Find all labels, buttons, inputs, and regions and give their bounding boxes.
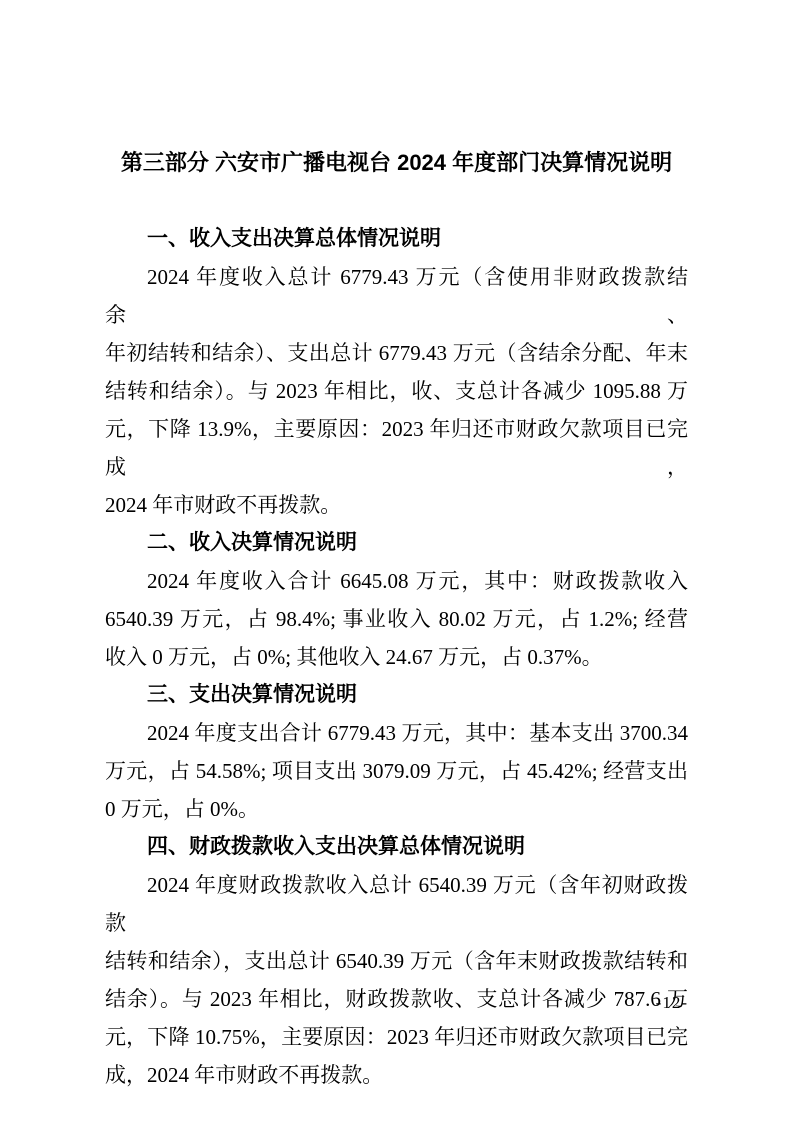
- document-section: 一、收入支出决算总体情况说明 2024 年度收入总计 6779.43 万元（含使…: [105, 220, 688, 524]
- text-line: 6540.39 万元，占 98.4%; 事业收入 80.02 万元，占 1.2%…: [105, 600, 688, 638]
- text-line: 万元，占 54.58%; 项目支出 3079.09 万元，占 45.42%; 经…: [105, 752, 688, 790]
- text-line: 结余）。与 2023 年相比，财政拨款收、支总计各减少 787.6 万: [105, 980, 688, 1018]
- document-section: 四、财政拨款收入支出决算总体情况说明 2024 年度财政拨款收入总计 6540.…: [105, 828, 688, 1094]
- document-content: 第三部分 六安市广播电视台 2024 年度部门决算情况说明 一、收入支出决算总体…: [105, 144, 688, 1094]
- section-heading: 一、收入支出决算总体情况说明: [105, 220, 688, 258]
- text-line: 收入 0 万元，占 0%; 其他收入 24.67 万元，占 0.37%。: [105, 638, 688, 676]
- title-spacer: [105, 182, 688, 220]
- text-line: 元，下降 13.9%，主要原因：2023 年归还市财政欠款项目已完成，: [105, 410, 688, 486]
- section-heading: 四、财政拨款收入支出决算总体情况说明: [105, 828, 688, 866]
- text-line: 成，2024 年市财政不再拨款。: [105, 1056, 688, 1094]
- section-paragraph: 2024 年度财政拨款收入总计 6540.39 万元（含年初财政拨款结转和结余）…: [105, 866, 688, 1094]
- text-line: 元，下降 10.75%，主要原因：2023 年归还市财政欠款项目已完: [105, 1018, 688, 1056]
- section-paragraph: 2024 年度支出合计 6779.43 万元，其中：基本支出 3700.34万元…: [105, 714, 688, 828]
- text-line: 2024 年度收入总计 6779.43 万元（含使用非财政拨款结余、: [105, 258, 688, 334]
- text-line: 2024 年市财政不再拨款。: [105, 486, 688, 524]
- text-line: 0 万元，占 0%。: [105, 790, 688, 828]
- document-section: 三、支出决算情况说明 2024 年度支出合计 6779.43 万元，其中：基本支…: [105, 676, 688, 828]
- section-heading: 三、支出决算情况说明: [105, 676, 688, 714]
- text-line: 2024 年度收入合计 6645.08 万元，其中：财政拨款收入: [105, 562, 688, 600]
- document-page: 第三部分 六安市广播电视台 2024 年度部门决算情况说明 一、收入支出决算总体…: [0, 0, 793, 1122]
- section-heading: 二、收入决算情况说明: [105, 524, 688, 562]
- section-paragraph: 2024 年度收入总计 6779.43 万元（含使用非财政拨款结余、年初结转和结…: [105, 258, 688, 524]
- sections-container: 一、收入支出决算总体情况说明 2024 年度收入总计 6779.43 万元（含使…: [105, 220, 688, 1094]
- document-title: 第三部分 六安市广播电视台 2024 年度部门决算情况说明: [105, 144, 688, 182]
- text-line: 结转和结余）。与 2023 年相比，收、支总计各减少 1095.88 万: [105, 372, 688, 410]
- text-line: 2024 年度财政拨款收入总计 6540.39 万元（含年初财政拨款: [105, 866, 688, 942]
- section-paragraph: 2024 年度收入合计 6645.08 万元，其中：财政拨款收入6540.39 …: [105, 562, 688, 676]
- text-line: 结转和结余），支出总计 6540.39 万元（含年末财政拨款结转和: [105, 942, 688, 980]
- text-line: 2024 年度支出合计 6779.43 万元，其中：基本支出 3700.34: [105, 714, 688, 752]
- document-section: 二、收入决算情况说明 2024 年度收入合计 6645.08 万元，其中：财政拨…: [105, 524, 688, 676]
- text-line: 年初结转和结余）、支出总计 6779.43 万元（含结余分配、年末: [105, 334, 688, 372]
- page-number: -12-: [656, 993, 688, 1013]
